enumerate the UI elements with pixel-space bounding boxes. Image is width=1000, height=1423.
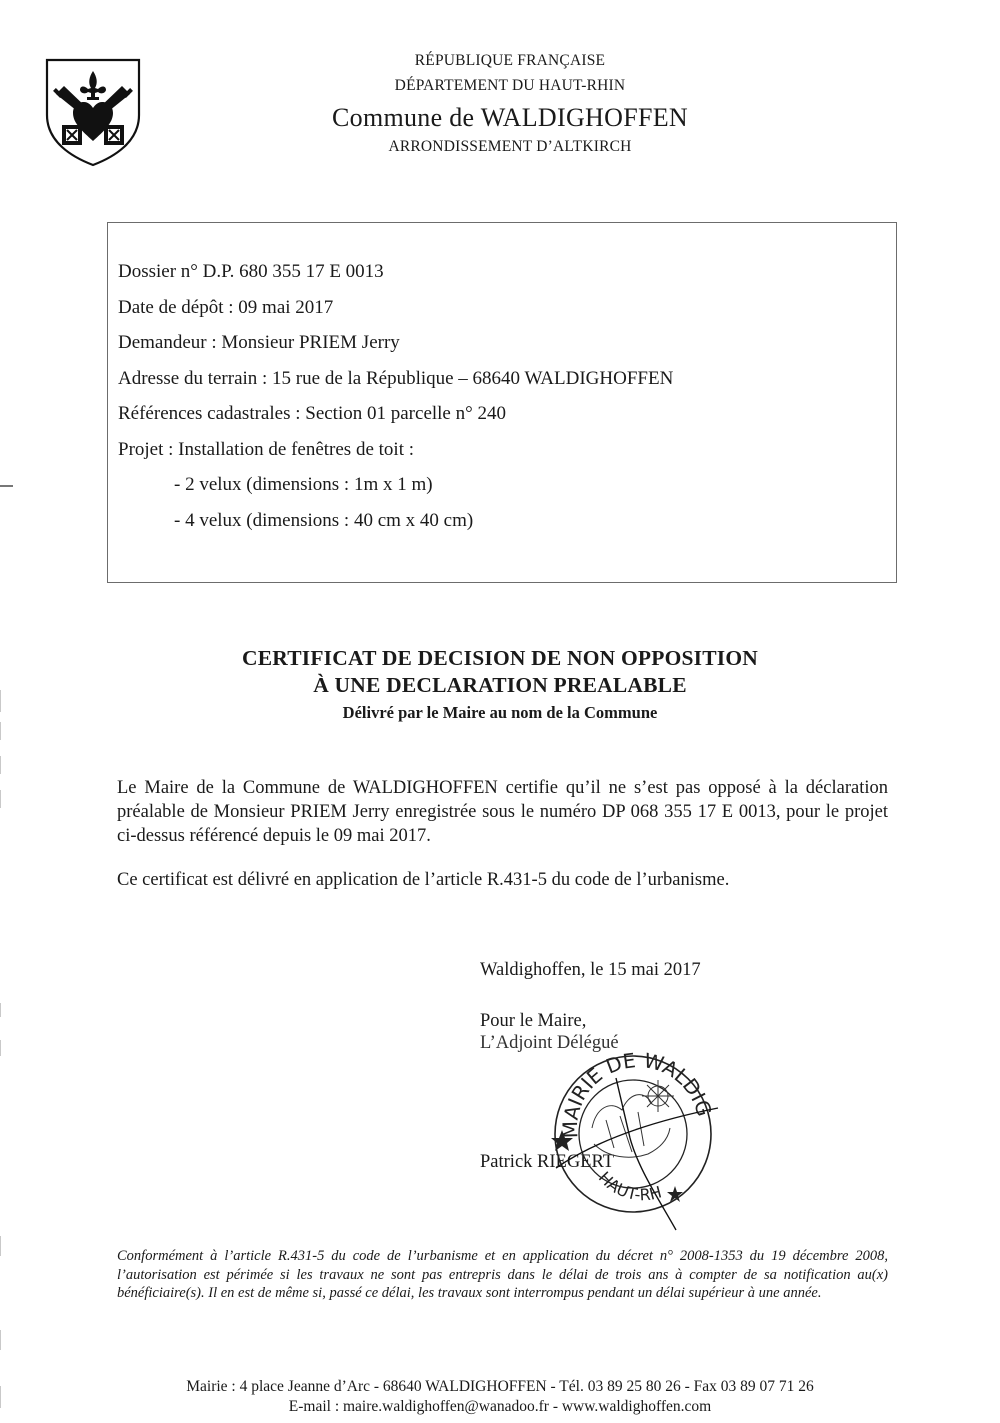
project-description: Projet : Installation de fenêtres de toi…	[118, 439, 414, 461]
coat-of-arms-icon	[44, 57, 142, 167]
legal-notice: Conformément à l’article R.431-5 du code…	[117, 1247, 888, 1303]
scan-edge-mark	[0, 722, 1, 740]
scan-edge-mark	[0, 756, 1, 774]
dossier-number: Dossier n° D.P. 680 355 17 E 0013	[118, 261, 384, 283]
certificate-paragraph: Le Maire de la Commune de WALDIGHOFFEN c…	[117, 776, 888, 848]
department-label: DÉPARTEMENT DU HAUT-RHIN	[280, 77, 740, 95]
certificate-subtitle: Délivré par le Maire au nom de la Commun…	[0, 703, 1000, 723]
applicant: Demandeur : Monsieur PRIEM Jerry	[118, 332, 400, 354]
commune-title: Commune de WALDIGHOFFEN	[280, 103, 740, 133]
deposit-date: Date de dépôt : 09 mai 2017	[118, 297, 333, 319]
place-date: Waldighoffen, le 15 mai 2017	[480, 960, 701, 981]
arrondissement-label: ARRONDISSEMENT D’ALTKIRCH	[280, 138, 740, 156]
for-mayor-label: Pour le Maire,	[480, 1011, 586, 1032]
footer-address: Mairie : 4 place Jeanne d’Arc - 68640 WA…	[0, 1378, 1000, 1396]
project-item: - 2 velux (dimensions : 1m x 1 m)	[174, 474, 433, 496]
official-stamp-icon: MAIRIE DE WALDIGHOFFEN HAUT-RHIN	[548, 1048, 724, 1234]
scan-edge-mark	[0, 1040, 1, 1056]
land-address: Adresse du terrain : 15 rue de la Républ…	[118, 368, 673, 390]
legal-basis-paragraph: Ce certificat est délivré en application…	[117, 868, 888, 892]
footer-contact: E-mail : maire.waldighoffen@wanadoo.fr -…	[0, 1398, 1000, 1416]
scan-edge-mark	[0, 1330, 1, 1350]
svg-text:MAIRIE DE WALDIGHOFFEN: MAIRIE DE WALDIGHOFFEN	[548, 1048, 717, 1139]
scan-edge-mark	[0, 1003, 1, 1017]
cadastral-references: Références cadastrales : Section 01 parc…	[118, 403, 506, 425]
certificate-title-line2: À UNE DECLARATION PREALABLE	[0, 673, 1000, 698]
republic-label: RÉPUBLIQUE FRANÇAISE	[280, 52, 740, 70]
project-item: - 4 velux (dimensions : 40 cm x 40 cm)	[174, 510, 473, 532]
scan-edge-mark	[0, 790, 1, 808]
scan-edge-mark	[0, 1236, 1, 1256]
scan-fold-mark	[0, 485, 13, 487]
certificate-title-line1: CERTIFICAT DE DECISION DE NON OPPOSITION	[0, 646, 1000, 671]
